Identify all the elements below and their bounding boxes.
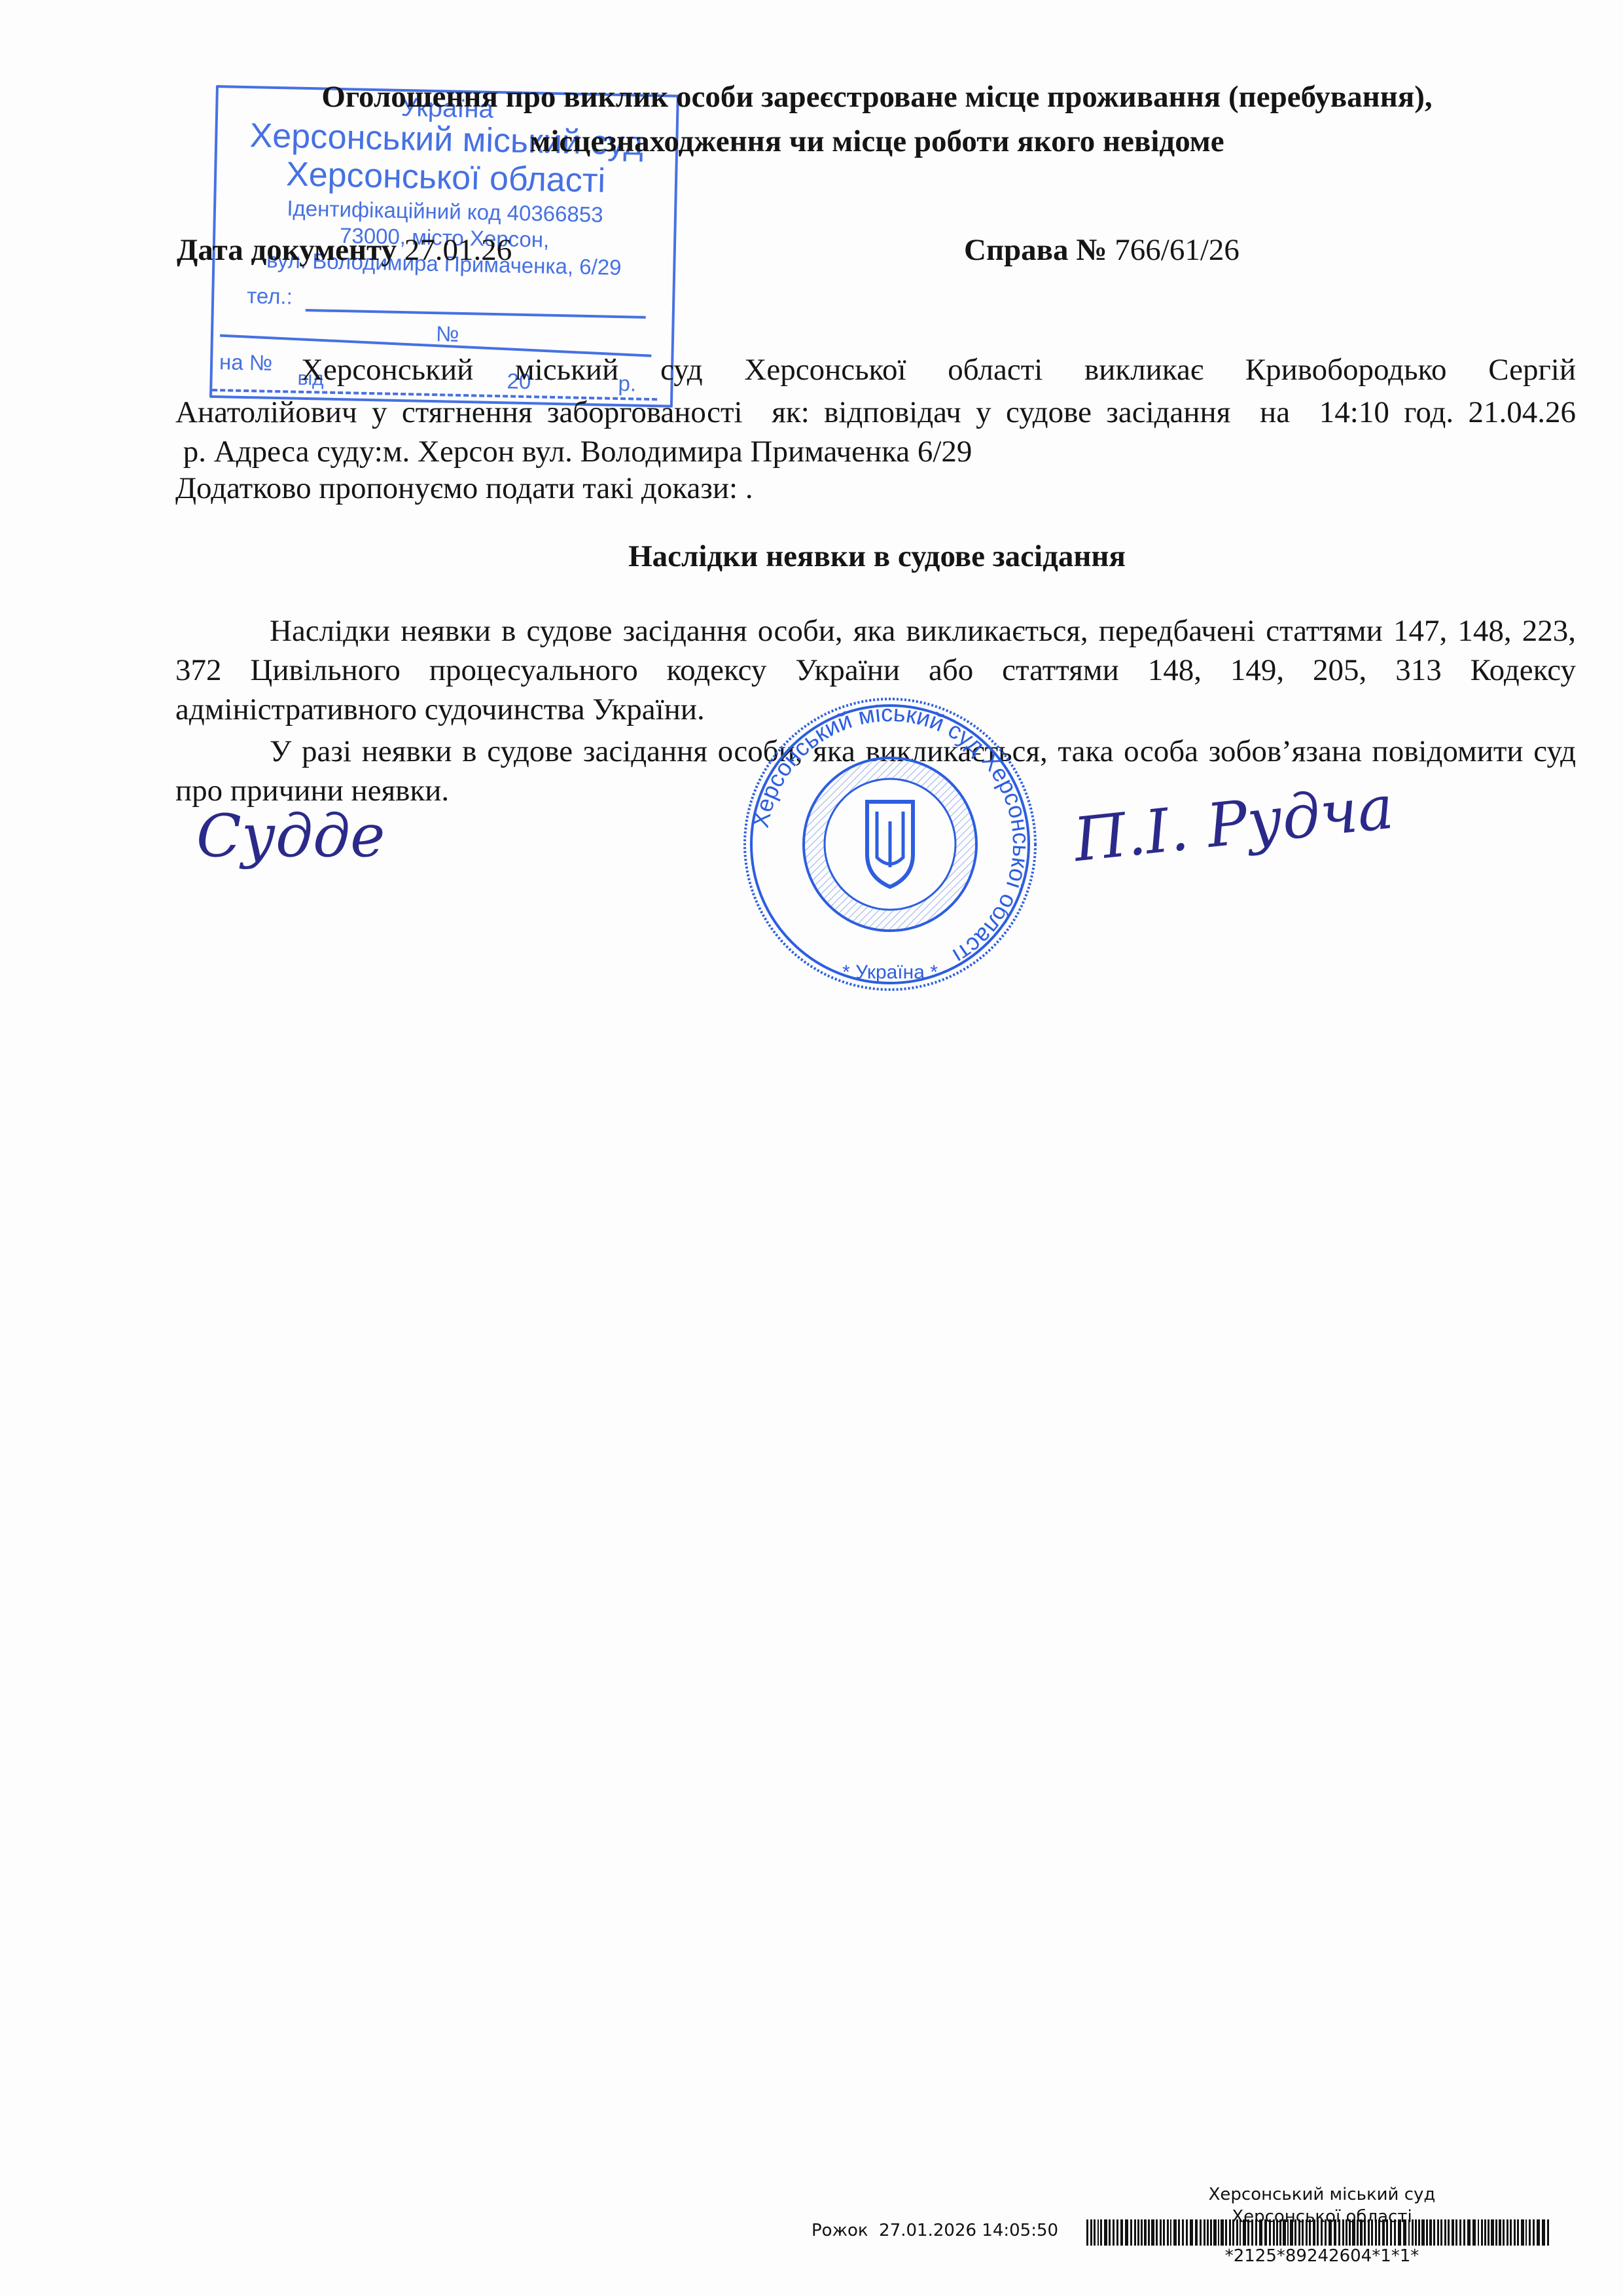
barcode-bar (1408, 2219, 1410, 2246)
barcode-bar (1403, 2219, 1406, 2246)
barcode-bar (1394, 2219, 1396, 2246)
barcode-bar (1134, 2219, 1136, 2246)
barcode-bar (1269, 2219, 1271, 2246)
document-barcode (1086, 2219, 1551, 2246)
barcode-bar (1499, 2219, 1502, 2246)
seal-bottom-text: * Україна * (842, 961, 938, 983)
barcode-bar (1503, 2219, 1505, 2246)
barcode-bar (1321, 2219, 1323, 2246)
barcode-bar (1360, 2219, 1363, 2246)
barcode-bar (1421, 2219, 1425, 2246)
barcode-bar (1109, 2219, 1111, 2246)
barcode-bar (1467, 2219, 1471, 2246)
evidence-request: Додатково пропонуємо подати такі докази:… (175, 469, 753, 508)
barcode-bar (1444, 2219, 1446, 2246)
barcode-bar (1167, 2219, 1169, 2246)
barcode-bar (1130, 2219, 1132, 2246)
barcode-bar (1529, 2219, 1531, 2246)
case-number-label: Справа № (964, 233, 1107, 267)
barcode-bar (1412, 2219, 1414, 2246)
barcode-bar (1390, 2219, 1392, 2246)
barcode-bar (1255, 2219, 1257, 2246)
barcode-bar (1547, 2219, 1549, 2246)
court-round-seal: Херсонський міський суд Херсонської обла… (740, 694, 1041, 995)
barcode-bar (1484, 2219, 1486, 2246)
barcode-bar (1137, 2219, 1139, 2246)
barcode-bar (1144, 2219, 1147, 2246)
barcode-bar (1349, 2219, 1351, 2246)
barcode-bar (1533, 2219, 1535, 2246)
signature-label: Судде (196, 802, 385, 870)
barcode-bar (1232, 2219, 1234, 2246)
barcode-bar (1398, 2219, 1401, 2246)
barcode-bar (1455, 2219, 1457, 2246)
barcode-text: *2125*89242604*1*1* (1191, 2246, 1453, 2266)
summons-line-2: Анатолійович у стягнення заборгованості … (175, 393, 1576, 432)
barcode-bar (1207, 2219, 1209, 2246)
document-date-value: 27.01.26 (404, 233, 512, 267)
barcode-bar (1200, 2219, 1202, 2246)
barcode-bar (1433, 2219, 1435, 2246)
barcode-bar (1264, 2219, 1268, 2246)
barcode-bar (1173, 2219, 1177, 2246)
barcode-bar (1141, 2219, 1143, 2246)
barcode-bar (1386, 2219, 1388, 2246)
barcode-bar (1448, 2219, 1450, 2246)
case-number-value: 766/61/26 (1115, 233, 1240, 267)
barcode-bar (1325, 2219, 1327, 2246)
barcode-bar (1481, 2219, 1483, 2246)
barcode-bar (1178, 2219, 1180, 2246)
barcode-bar (1510, 2219, 1512, 2246)
barcode-bar (1151, 2219, 1154, 2246)
barcode-bar (1382, 2219, 1385, 2246)
barcode-bar (1294, 2219, 1296, 2246)
barcode-bar (1426, 2219, 1428, 2246)
document-date: Дата документу 27.01.26 (177, 232, 512, 268)
footer-operator-timestamp: Рожок 27.01.2026 14:05:50 (811, 2221, 1058, 2240)
barcode-bar (1148, 2219, 1150, 2246)
barcode-bar (1309, 2219, 1311, 2246)
barcode-bar (1276, 2219, 1278, 2246)
barcode-bar (1488, 2219, 1489, 2246)
footer-court-line1: Херсонський міський суд (1191, 2185, 1453, 2204)
barcode-bar (1478, 2219, 1480, 2246)
barcode-bar (1302, 2219, 1304, 2246)
summons-line-3: р. Адреса суду:м. Херсон вул. Володимира… (175, 432, 972, 471)
barcode-bar (1247, 2219, 1249, 2246)
barcode-bar (1195, 2219, 1198, 2246)
barcode-bar (1418, 2219, 1420, 2246)
document-title-line2: місцезнаходження чи місце роботи якого н… (170, 122, 1584, 161)
barcode-bar (1378, 2219, 1380, 2246)
barcode-bar (1364, 2219, 1366, 2246)
barcode-bar (1317, 2219, 1319, 2246)
document-date-label: Дата документу (177, 233, 397, 267)
section-heading: Наслідки неявки в судове засідання (170, 537, 1584, 576)
barcode-bar (1182, 2219, 1184, 2246)
barcode-bar (1116, 2219, 1118, 2246)
barcode-bar (1229, 2219, 1231, 2246)
barcode-bar (1225, 2219, 1227, 2246)
stamp-number-label: № (436, 321, 459, 347)
barcode-bar (1190, 2219, 1193, 2246)
barcode-bar (1213, 2219, 1217, 2246)
barcode-bar (1236, 2219, 1238, 2246)
barcode-bar (1415, 2219, 1417, 2246)
barcode-bar (1090, 2219, 1092, 2246)
stamp-tel-line (306, 309, 646, 319)
barcode-bar (1429, 2219, 1433, 2246)
barcode-bar (1113, 2219, 1115, 2246)
barcode-bar (1371, 2219, 1373, 2246)
summons-line-1: Херсонський міський суд Херсонської обла… (301, 350, 1576, 389)
document-title-line1: Оголошення про виклик особи зареєстрован… (170, 77, 1584, 117)
barcode-bar (1243, 2219, 1246, 2246)
barcode-bar (1338, 2219, 1340, 2246)
barcode-bar (1279, 2219, 1281, 2246)
barcode-bar (1368, 2219, 1370, 2246)
barcode-bar (1104, 2219, 1107, 2246)
barcode-bar (1525, 2219, 1527, 2246)
barcode-bar (1218, 2219, 1220, 2246)
footer-timestamp: 27.01.2026 14:05:50 (879, 2221, 1058, 2240)
barcode-bar (1313, 2219, 1316, 2246)
barcode-bar (1537, 2219, 1540, 2246)
barcode-bar (1240, 2219, 1241, 2246)
barcode-bar (1163, 2219, 1165, 2246)
barcode-bar (1472, 2219, 1476, 2246)
barcode-bar (1352, 2219, 1355, 2246)
stamp-ref-label: на № (219, 350, 273, 376)
barcode-bar (1452, 2219, 1455, 2246)
barcode-bar (1259, 2219, 1262, 2246)
barcode-bar (1287, 2219, 1289, 2246)
barcode-bar (1440, 2219, 1442, 2246)
barcode-bar (1125, 2219, 1128, 2246)
barcode-bar (1514, 2219, 1516, 2246)
barcode-bar (1346, 2219, 1347, 2246)
barcode-bar (1156, 2219, 1158, 2246)
barcode-bar (1097, 2219, 1099, 2246)
barcode-bar (1542, 2219, 1545, 2246)
barcode-bar (1170, 2219, 1172, 2246)
barcode-bar (1086, 2219, 1088, 2246)
barcode-bar (1160, 2219, 1162, 2246)
barcode-bar (1463, 2219, 1465, 2246)
barcode-bar (1210, 2219, 1212, 2246)
barcode-bar (1334, 2219, 1337, 2246)
barcode-bar (1298, 2219, 1300, 2246)
stamp-tel-label: тел.: (247, 283, 293, 309)
barcode-bar (1437, 2219, 1439, 2246)
barcode-bar (1306, 2219, 1308, 2246)
barcode-bar (1342, 2219, 1344, 2246)
barcode-bar (1120, 2219, 1124, 2246)
barcode-bar (1251, 2219, 1253, 2246)
barcode-bar (1357, 2219, 1359, 2246)
barcode-bar (1094, 2219, 1096, 2246)
barcode-bar (1221, 2219, 1224, 2246)
barcode-bar (1186, 2219, 1188, 2246)
barcode-bar (1283, 2219, 1286, 2246)
barcode-bar (1100, 2219, 1102, 2246)
barcode-bar (1507, 2219, 1508, 2246)
barcode-bar (1459, 2219, 1461, 2246)
barcode-bar (1517, 2219, 1519, 2246)
barcode-bar (1273, 2219, 1275, 2246)
barcode-bar (1521, 2219, 1524, 2246)
barcode-bar (1290, 2219, 1293, 2246)
barcode-bar (1495, 2219, 1497, 2246)
barcode-bar (1375, 2219, 1377, 2246)
barcode-bar (1491, 2219, 1494, 2246)
barcode-bar (1329, 2219, 1332, 2246)
barcode-bar (1204, 2219, 1205, 2246)
footer-operator: Рожок (811, 2221, 868, 2240)
case-number: Справа № 766/61/26 (964, 232, 1240, 268)
